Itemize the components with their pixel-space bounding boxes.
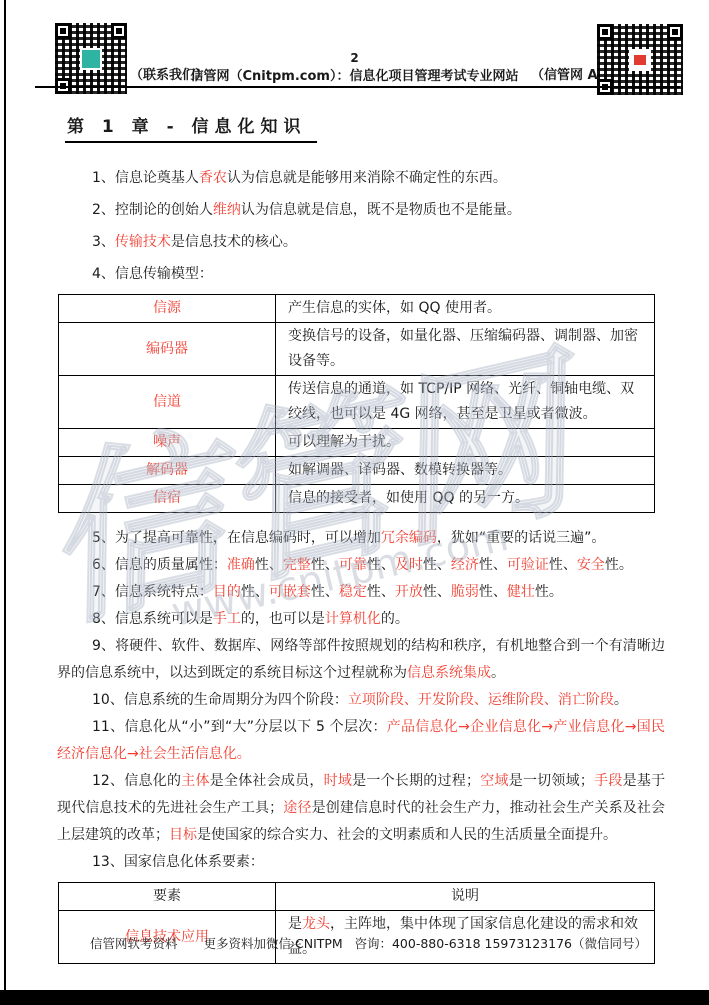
table-row: 信道 传送信息的通道，如 TCP/IP 网络、光纤、铜轴电缆、双绞线，也可以是 … <box>59 376 655 429</box>
term-cell: 解码器 <box>146 462 188 478</box>
page-left-border <box>4 0 6 991</box>
list-item-5: 5、为了提高可靠性，在信息编码时，可以增加冗余编码，犹如“重要的话说三遍”。 <box>57 525 665 552</box>
table-row: 信宿 信息的接受者，如使用 QQ 的另一方。 <box>59 485 655 513</box>
table-row: 解码器 如解调器、译码器、数模转换器等。 <box>59 457 655 485</box>
header-cell-element: 要素 <box>153 888 181 904</box>
list-item-6: 6、信息的质量属性：准确性、完整性、可靠性、及时性、经济性、可验证性、安全性。 <box>57 552 665 579</box>
table-row: 编码器 变换信号的设备，如量化器、压缩编码器、调制器、加密设备等。 <box>59 323 655 376</box>
list-item-8: 8、信息系统可以是手工的，也可以是计算机化的。 <box>57 606 665 633</box>
term-cell: 信道 <box>153 394 181 410</box>
chapter-title: 第 1 章 - 信息化知识 <box>65 112 317 143</box>
list-item-12: 12、信息化的主体是全体社会成员，时域是一个长期的过程；空域是一切领域；手段是基… <box>57 768 665 849</box>
qr-finder-icon <box>597 24 613 40</box>
list-item-1: 1、信息论奠基人香农认为信息就是能够用来消除不确定性的东西。 <box>57 165 665 192</box>
term-cell: 编码器 <box>146 341 188 357</box>
cnitpm-logo-icon <box>629 49 651 71</box>
desc-cell: 可以理解为干扰。 <box>276 429 655 457</box>
desc-cell: 如解调器、译码器、数模转换器等。 <box>276 457 655 485</box>
list-item-4: 4、信息传输模型： <box>57 261 665 288</box>
document-body: 第 1 章 - 信息化知识 1、信息论奠基人香农认为信息就是能够用来消除不确定性… <box>57 104 665 976</box>
list-item-7: 7、信息系统特点：目的性、可嵌套性、稳定性、开放性、脆弱性、健壮性。 <box>57 579 665 606</box>
term-cell: 信源 <box>153 300 181 316</box>
qr-finder-icon <box>55 23 71 39</box>
desc-cell: 传送信息的通道，如 TCP/IP 网络、光纤、铜轴电缆、双绞线，也可以是 4G … <box>276 376 655 429</box>
list-item-2: 2、控制论的创始人维纳认为信息就是信息，既不是物质也不是能量。 <box>57 197 665 224</box>
list-item-11: 11、信息化从“小”到“大”分层以下 5 个层次：产品信息化→企业信息化→产业信… <box>57 714 665 768</box>
table-row: 信源 产生信息的实体，如 QQ 使用者。 <box>59 295 655 323</box>
bottom-bar <box>0 990 709 1005</box>
header-cell-description: 说明 <box>276 883 655 911</box>
header-divider <box>35 86 680 88</box>
document-page: （联系我们） 2 信管网（Cnitpm.com）：信息化项目管理考试专业网站 （… <box>0 0 709 1005</box>
qr-code-app <box>597 24 683 95</box>
term-cell: 噪声 <box>153 434 181 450</box>
table-header-row: 要素 说明 <box>59 883 655 911</box>
desc-cell: 信息的接受者，如使用 QQ 的另一方。 <box>276 485 655 513</box>
table-row: 噪声 可以理解为干扰。 <box>59 429 655 457</box>
list-item-10: 10、信息系统的生命周期分为四个阶段：立项阶段、开发阶段、运维阶段、消亡阶段。 <box>57 687 665 714</box>
footer-wechat: 更多资料加微信 CNITPM <box>204 934 343 952</box>
app-label: （信管网 AF <box>531 64 606 83</box>
transmission-model-table: 信源 产生信息的实体，如 QQ 使用者。 编码器 变换信号的设备，如量化器、压缩… <box>58 294 655 513</box>
list-item-13: 13、国家信息化体系要素： <box>57 849 665 876</box>
list-item-3: 3、传输技术是信息技术的核心。 <box>57 229 665 256</box>
list-item-9: 9、将硬件、软件、数据库、网络等部件按照规划的结构和秩序，有机地整合到一个有清晰… <box>57 633 665 687</box>
page-footer: 信管网软考资料 更多资料加微信 CNITPM 咨询：400-880-6318 1… <box>57 934 665 952</box>
desc-cell: 产生信息的实体，如 QQ 使用者。 <box>276 295 655 323</box>
desc-cell: 变换信号的设备，如量化器、压缩编码器、调制器、加密设备等。 <box>276 323 655 376</box>
footer-contact: 咨询：400-880-6318 15973123176（微信同号） <box>354 934 647 952</box>
qr-finder-icon <box>667 24 683 40</box>
term-cell: 信宿 <box>153 490 181 506</box>
footer-brand: 信管网软考资料 <box>90 934 178 952</box>
qr-finder-icon <box>111 23 127 39</box>
